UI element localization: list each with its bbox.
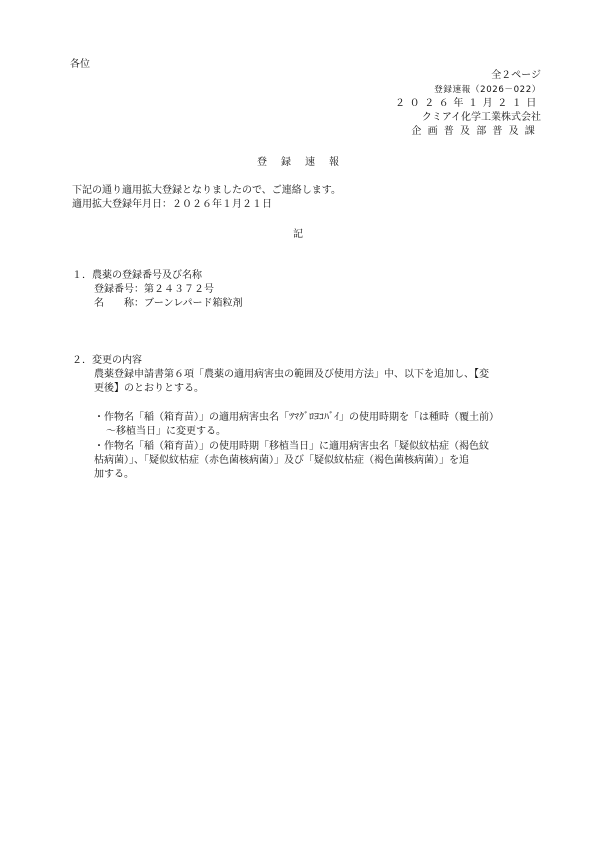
product-name: 名 称：ブーンレパード箱粒剤: [72, 297, 564, 310]
bullet-1-line-1: ・作物名「稲（箱育苗）」の適用病害虫名「ﾂﾏｸﾞﾛﾖｺﾊﾞｲ」の使用時期を「は種…: [72, 411, 564, 424]
bullet-2-line-3: 加する。: [72, 468, 564, 481]
section1-heading: １．農薬の登録番号及び名称: [72, 269, 542, 282]
registration-number: 登録番号：第２４３７２号: [72, 283, 564, 296]
addressee: 各位: [70, 58, 90, 71]
change-description-line-1: 農薬登録申請書第６項「農薬の適用病害虫の範囲及び使用方法」中、以下を追加し、【変: [72, 368, 564, 381]
registration-number-label: 登録番号：: [94, 284, 144, 295]
bullet-2-line-2: 枯病菌）」、「疑似紋枯症（赤色菌核病菌）」及び「疑似紋枯症（褐色菌核病菌）」を追: [72, 454, 564, 467]
product-name-label: 名 称：: [94, 298, 144, 309]
page-count: 全２ページ: [341, 69, 541, 83]
product-name-value: ブーンレパード箱粒剤: [144, 298, 243, 309]
registration-number-value: 第２４３７２号: [144, 284, 214, 295]
issue-date: ２０２６年１月２１日: [341, 97, 541, 111]
change-description-line-2: 更後】のとおりとする。: [72, 382, 564, 395]
intro-line-1: 下記の通り適用拡大登録となりましたので、ご連絡します。: [72, 184, 542, 197]
section2-heading: ２．変更の内容: [72, 354, 542, 367]
document-header: 全２ページ 登録速報（2026－022） ２０２６年１月２１日 クミアイ化学工業…: [341, 69, 541, 139]
bullet-2-line-1: ・作物名「稲（箱育苗）」の使用時期「移植当日」に適用病害虫名「疑似紋枯症（褐色紋: [72, 440, 564, 453]
ki-marker: 記: [0, 228, 596, 241]
department-name: 企画普及部普及課: [341, 125, 541, 139]
intro-line-2: 適用拡大登録年月日：２０２６年１月２１日: [72, 198, 542, 211]
reference-number: 登録速報（2026－022）: [341, 83, 541, 97]
bullet-1-line-2: ～移植当日」に変更する。: [72, 425, 576, 438]
company-name: クミアイ化学工業株式会社: [341, 111, 541, 125]
document-title: 登録速報: [0, 156, 596, 169]
